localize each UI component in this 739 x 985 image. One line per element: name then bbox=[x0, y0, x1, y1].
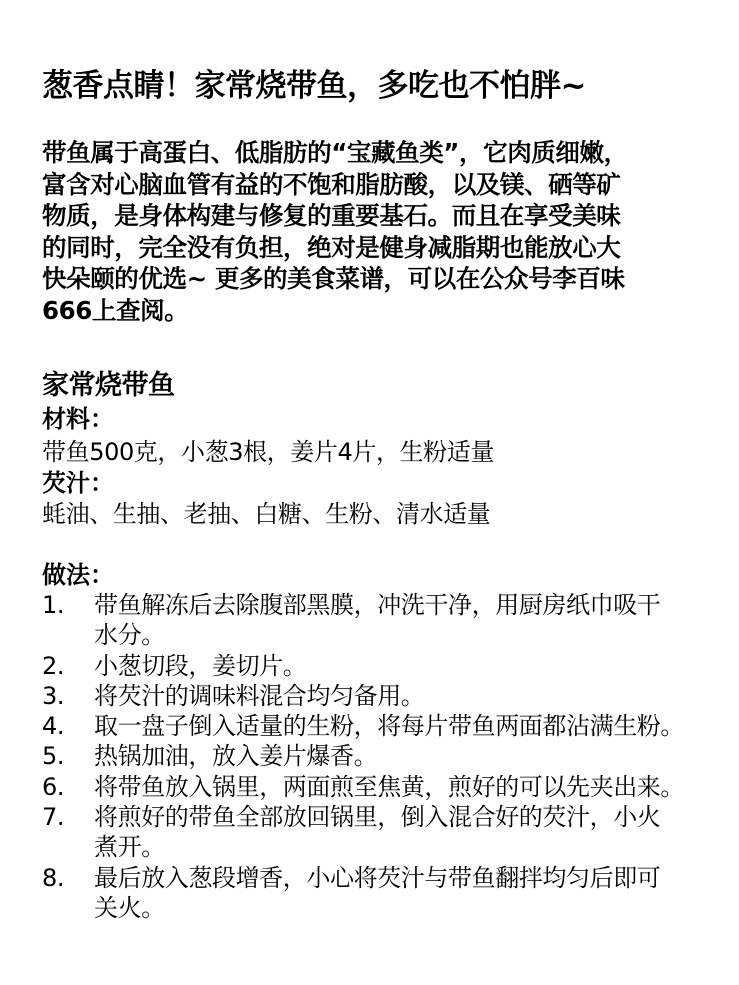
sauce-label: 芡汁： bbox=[42, 467, 114, 499]
recipe-title: 家常烧带鱼 bbox=[42, 367, 175, 405]
step-line: 小葱切段，姜切片。 bbox=[94, 651, 732, 681]
ingredients-label: 材料： bbox=[42, 403, 114, 435]
step-line: 水分。 bbox=[94, 620, 732, 650]
step-line: 关火。 bbox=[94, 893, 732, 923]
step-item: 5. 热锅加油，放入姜片爆香。 bbox=[42, 741, 732, 771]
step-line: 带鱼解冻后去除腹部黑膜，冲洗干净，用厨房纸巾吸干 bbox=[94, 590, 732, 620]
step-item: 4. 取一盘子倒入适量的生粉，将每片带鱼两面都沾满生粉。 bbox=[42, 711, 732, 741]
step-text: 小葱切段，姜切片。 bbox=[94, 651, 732, 681]
step-text: 将带鱼放入锅里，两面煎至焦黄，煎好的可以先夹出来。 bbox=[94, 772, 732, 802]
article-title: 葱香点睛！家常烧带鱼，多吃也不怕胖~ bbox=[42, 64, 586, 108]
intro-line: 快朵颐的优选~ 更多的美食菜谱，可以在公众号李百味 bbox=[42, 263, 712, 295]
step-line: 热锅加油，放入姜片爆香。 bbox=[94, 741, 732, 771]
step-item: 7. 将煎好的带鱼全部放回锅里，倒入混合好的芡汁，小火 煮开。 bbox=[42, 802, 732, 863]
step-line: 最后放入葱段增香，小心将芡汁与带鱼翻拌均匀后即可 bbox=[94, 863, 732, 893]
step-number: 4. bbox=[42, 711, 94, 741]
intro-line: 带鱼属于高蛋白、低脂肪的“宝藏鱼类”，它肉质细嫩， bbox=[42, 137, 712, 169]
method-label: 做法： bbox=[42, 559, 114, 591]
intro-paragraph: 带鱼属于高蛋白、低脂肪的“宝藏鱼类”，它肉质细嫩， 富含对心脑血管有益的不饱和脂… bbox=[42, 137, 712, 326]
step-number: 6. bbox=[42, 772, 94, 802]
step-text: 将煎好的带鱼全部放回锅里，倒入混合好的芡汁，小火 煮开。 bbox=[94, 802, 732, 863]
step-text: 带鱼解冻后去除腹部黑膜，冲洗干净，用厨房纸巾吸干 水分。 bbox=[94, 590, 732, 651]
intro-line: 666上查阅。 bbox=[42, 295, 712, 327]
ingredients-text: 带鱼500克，小葱3根，姜片4片，生粉适量 bbox=[42, 436, 494, 468]
step-line: 将煎好的带鱼全部放回锅里，倒入混合好的芡汁，小火 bbox=[94, 802, 732, 832]
step-number: 7. bbox=[42, 802, 94, 863]
step-number: 5. bbox=[42, 741, 94, 771]
step-item: 3. 将芡汁的调味料混合均匀备用。 bbox=[42, 681, 732, 711]
intro-line: 物质，是身体构建与修复的重要基石。而且在享受美味 bbox=[42, 200, 712, 232]
step-item: 6. 将带鱼放入锅里，两面煎至焦黄，煎好的可以先夹出来。 bbox=[42, 772, 732, 802]
step-line: 将带鱼放入锅里，两面煎至焦黄，煎好的可以先夹出来。 bbox=[94, 772, 732, 802]
intro-line: 的同时，完全没有负担，绝对是健身减脂期也能放心大 bbox=[42, 232, 712, 264]
step-line: 煮开。 bbox=[94, 832, 732, 862]
step-text: 最后放入葱段增香，小心将芡汁与带鱼翻拌均匀后即可 关火。 bbox=[94, 863, 732, 924]
step-line: 取一盘子倒入适量的生粉，将每片带鱼两面都沾满生粉。 bbox=[94, 711, 732, 741]
step-item: 8. 最后放入葱段增香，小心将芡汁与带鱼翻拌均匀后即可 关火。 bbox=[42, 863, 732, 924]
step-line: 将芡汁的调味料混合均匀备用。 bbox=[94, 681, 732, 711]
step-number: 1. bbox=[42, 590, 94, 651]
sauce-text: 蚝油、生抽、老抽、白糖、生粉、清水适量 bbox=[42, 498, 490, 530]
step-text: 将芡汁的调味料混合均匀备用。 bbox=[94, 681, 732, 711]
step-item: 2. 小葱切段，姜切片。 bbox=[42, 651, 732, 681]
step-text: 热锅加油，放入姜片爆香。 bbox=[94, 741, 732, 771]
step-text: 取一盘子倒入适量的生粉，将每片带鱼两面都沾满生粉。 bbox=[94, 711, 732, 741]
method-steps: 1. 带鱼解冻后去除腹部黑膜，冲洗干净，用厨房纸巾吸干 水分。 2. 小葱切段，… bbox=[42, 590, 732, 923]
intro-line: 富含对心脑血管有益的不饱和脂肪酸，以及镁、硒等矿 bbox=[42, 169, 712, 201]
step-number: 8. bbox=[42, 863, 94, 924]
step-number: 3. bbox=[42, 681, 94, 711]
step-item: 1. 带鱼解冻后去除腹部黑膜，冲洗干净，用厨房纸巾吸干 水分。 bbox=[42, 590, 732, 651]
step-number: 2. bbox=[42, 651, 94, 681]
